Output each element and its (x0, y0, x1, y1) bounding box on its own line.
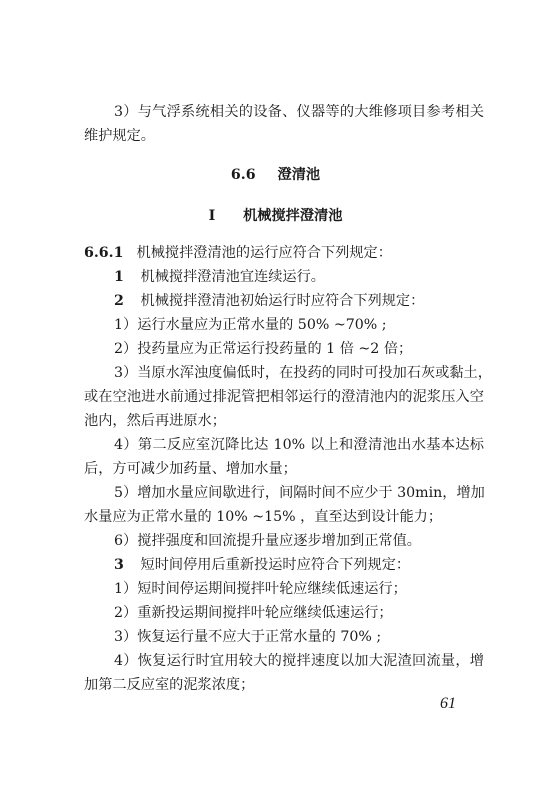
subsection-number: I (209, 208, 216, 224)
sub-item-2-6: 6）搅拌强度和回流提升量应逐步增加到正常值。 (114, 531, 421, 551)
clause-6-6-1: 6.6.1 机械搅拌澄清池的运行应符合下列规定： (84, 243, 392, 263)
sub-item-2-4-line-2: 后，方可减少加药量、增加水量； (84, 459, 297, 479)
sub-item-3-1: 1）短时间停运期间搅拌叶轮应继续低速运行； (114, 579, 407, 599)
clause-number: 6.6.1 (84, 243, 132, 263)
item-text: 机械搅拌澄清池宜连续运行。 (141, 269, 325, 285)
clause-item-2: 2 机械搅拌澄清池初始运行时应符合下列规定： (114, 291, 424, 311)
sub-item-3-4-line-1: 4）恢复运行时宜用较大的搅拌速度以加大泥渣回流量，增 (114, 651, 484, 671)
sub-item-2-5-line-1: 5）增加水量应间歇进行，间隔时间不应少于 30min，增加 (114, 483, 484, 503)
section-number: 6.6 (231, 167, 256, 183)
page-number: 61 (440, 695, 456, 713)
subsection-heading: I 机械搅拌澄清池 (0, 206, 551, 226)
item-text: 机械搅拌澄清池初始运行时应符合下列规定： (141, 293, 425, 309)
section-title: 澄清池 (278, 167, 321, 183)
intro-paragraph-line-1: 3）与气浮系统相关的设备、仪器等的大维修项目参考相关 (114, 102, 484, 122)
sub-item-2-3-line-3: 池内，然后再进原水； (84, 411, 226, 431)
clause-text: 机械搅拌澄清池的运行应符合下列规定： (137, 245, 392, 261)
item-number: 1 (114, 267, 136, 287)
sub-item-2-2: 2）投药量应为正常运行投药量的 1 倍 ~2 倍； (114, 339, 412, 359)
sub-item-2-3-line-1: 3）当原水浑浊度偏低时，在投药的同时可投加石灰或黏土， (114, 363, 484, 383)
item-text: 短时间停用后重新投运时应符合下列规定： (141, 557, 411, 573)
section-heading: 6.6 澄清池 (0, 165, 551, 185)
sub-item-3-2: 2）重新投运期间搅拌叶轮应继续低速运行； (114, 603, 393, 623)
clause-item-1: 1 机械搅拌澄清池宜连续运行。 (114, 267, 325, 287)
sub-item-3-4-line-2: 加第二反应室的泥浆浓度； (84, 675, 254, 695)
item-number: 3 (114, 555, 136, 575)
intro-paragraph-line-2: 维护规定。 (84, 126, 155, 146)
clause-item-3: 3 短时间停用后重新投运时应符合下列规定： (114, 555, 410, 575)
item-number: 2 (114, 291, 136, 311)
sub-item-2-1: 1）运行水量应为正常水量的 50% ~70% ; (114, 315, 387, 335)
sub-item-2-4-line-1: 4）第二反应室沉降比达 10% 以上和澄清池出水基本达标 (114, 435, 484, 455)
subsection-title: 机械搅拌澄清池 (243, 208, 342, 224)
sub-item-3-3: 3）恢复运行量不应大于正常水量的 70% ; (114, 627, 381, 647)
sub-item-2-3-line-2: 或在空池进水前通过排泥管把相邻运行的澄清池内的泥浆压入空 (84, 387, 484, 407)
sub-item-2-5-line-2: 水量应为正常水量的 10% ~15% ，直至达到设计能力； (84, 507, 442, 527)
